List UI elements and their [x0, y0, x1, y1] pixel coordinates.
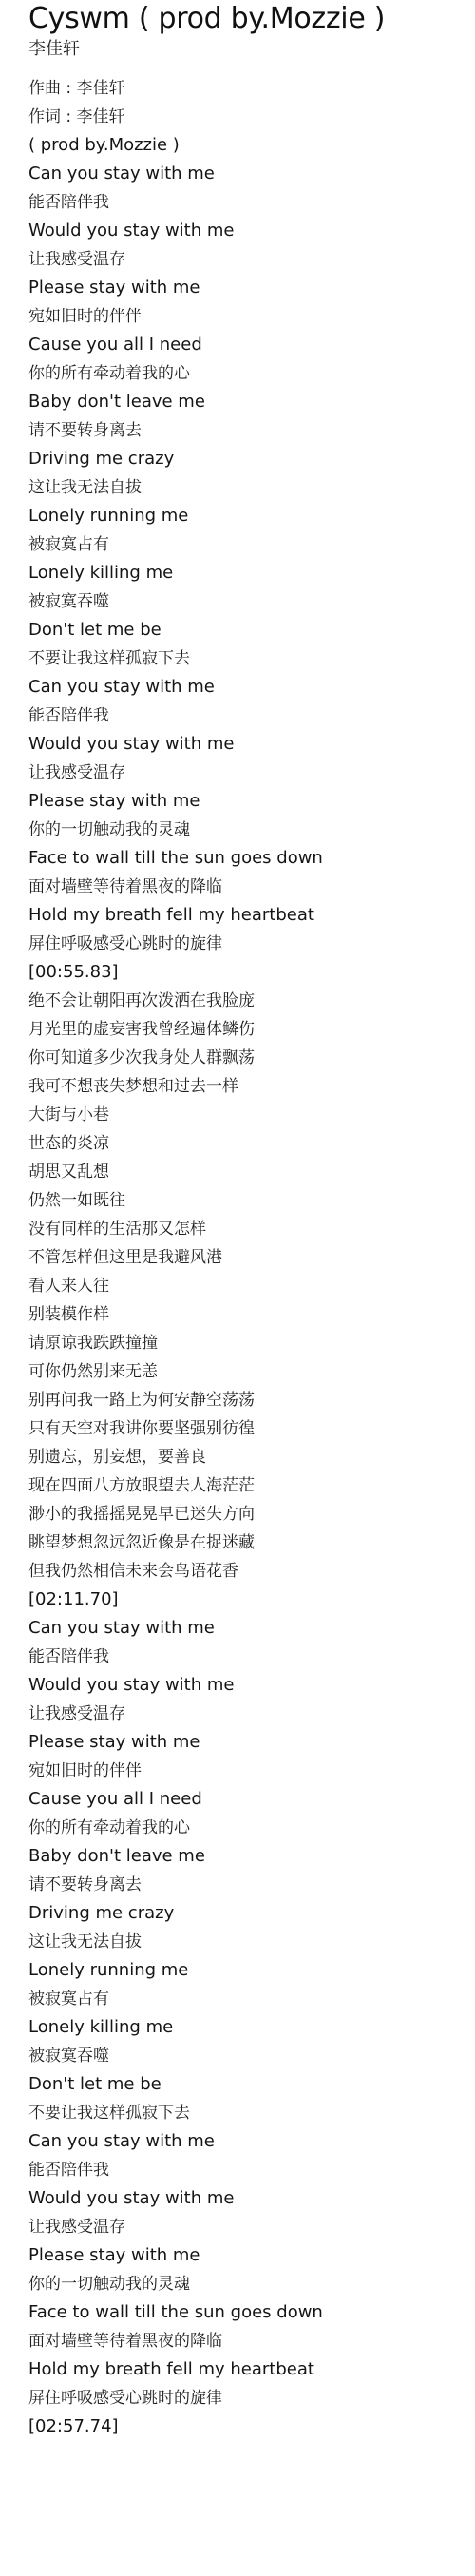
- lyric-line: 但我仍然相信未来会鸟语花香: [28, 1557, 323, 1586]
- lyrics-list: 作曲 : 李佳轩 作词 : 李佳轩 ( prod by.Mozzie )Can …: [28, 74, 323, 2441]
- lyric-line: 宛如旧时的伴伴: [28, 302, 323, 331]
- lyric-line: Hold my breath fell my heartbeat: [28, 901, 323, 930]
- lyric-line: 你的所有牵动着我的心: [28, 359, 323, 388]
- lyric-line: 仍然一如既往: [28, 1186, 323, 1215]
- lyric-line: Please stay with me: [28, 2241, 323, 2270]
- lyric-line: Can you stay with me: [28, 1614, 323, 1643]
- timestamp-line: [00:55.83]: [28, 958, 323, 987]
- lyric-line: Please stay with me: [28, 1728, 323, 1757]
- lyric-line: Would you stay with me: [28, 1671, 323, 1700]
- lyric-line: 别装模作样: [28, 1300, 323, 1329]
- lyric-line: Please stay with me: [28, 274, 323, 302]
- lyric-line: 被寂寞吞噬: [28, 587, 323, 616]
- lyric-line: Lonely killing me: [28, 2013, 323, 2042]
- lyric-line: Cause you all I need: [28, 331, 323, 359]
- lyric-line: Don't let me be: [28, 616, 323, 644]
- lyric-line: Would you stay with me: [28, 2184, 323, 2213]
- lyric-line: 你的一切触动我的灵魂: [28, 816, 323, 844]
- lyric-line: 只有天空对我讲你要坚强别彷徨: [28, 1414, 323, 1443]
- lyric-line: 作词 : 李佳轩: [28, 103, 323, 131]
- lyric-line: Don't let me be: [28, 2070, 323, 2099]
- lyric-line: Please stay with me: [28, 787, 323, 816]
- lyric-line: 能否陪伴我: [28, 2156, 323, 2184]
- lyric-line: 我可不想丧失梦想和过去一样: [28, 1072, 323, 1101]
- lyric-line: Driving me crazy: [28, 445, 323, 473]
- lyric-line: Face to wall till the sun goes down: [28, 2298, 323, 2327]
- lyric-line: 请不要转身离去: [28, 416, 323, 445]
- lyric-line: Can you stay with me: [28, 2127, 323, 2156]
- lyric-line: Driving me crazy: [28, 1899, 323, 1928]
- lyric-line: 作曲 : 李佳轩: [28, 74, 323, 103]
- lyric-line: 被寂寞占有: [28, 530, 323, 559]
- lyric-line: Face to wall till the sun goes down: [28, 844, 323, 873]
- lyric-line: 月光里的虚妄害我曾经遍体鳞伤: [28, 1015, 323, 1044]
- timestamp-line: [02:11.70]: [28, 1586, 323, 1614]
- lyric-line: Lonely killing me: [28, 559, 323, 587]
- lyric-line: 宛如旧时的伴伴: [28, 1757, 323, 1785]
- lyric-line: 看人来人往: [28, 1272, 323, 1300]
- lyric-line: 别再问我一路上为何安静空荡荡: [28, 1386, 323, 1414]
- lyric-line: Baby don't leave me: [28, 388, 323, 416]
- lyric-line: 面对墙壁等待着黑夜的降临: [28, 873, 323, 901]
- lyric-line: Can you stay with me: [28, 160, 323, 188]
- lyric-line: Would you stay with me: [28, 730, 323, 759]
- lyric-line: 眺望梦想忽远忽近像是在捉迷藏: [28, 1528, 323, 1557]
- lyric-line: ( prod by.Mozzie ): [28, 131, 323, 160]
- lyric-line: Would you stay with me: [28, 217, 323, 245]
- lyric-line: 让我感受温存: [28, 759, 323, 787]
- lyric-line: 屏住呼吸感受心跳时的旋律: [28, 2384, 323, 2413]
- lyric-line: 这让我无法自拔: [28, 1928, 323, 1956]
- lyric-line: 面对墙壁等待着黑夜的降临: [28, 2327, 323, 2355]
- lyric-line: 没有同样的生活那又怎样: [28, 1215, 323, 1243]
- lyric-line: 渺小的我摇摇晃晃早已迷失方向: [28, 1500, 323, 1528]
- lyric-line: 现在四面八方放眼望去人海茫茫: [28, 1471, 323, 1500]
- lyric-line: Cause you all I need: [28, 1785, 323, 1814]
- lyric-line: 这让我无法自拔: [28, 473, 323, 502]
- timestamp-line: [02:57.74]: [28, 2413, 323, 2441]
- lyric-line: 不要让我这样孤寂下去: [28, 2099, 323, 2127]
- song-title: Cyswm ( prod by.Mozzie ): [28, 0, 385, 38]
- lyric-line: 能否陪伴我: [28, 188, 323, 217]
- lyric-line: 不要让我这样孤寂下去: [28, 644, 323, 673]
- lyric-line: 能否陪伴我: [28, 1643, 323, 1671]
- lyric-line: 别遗忘，别妄想，要善良: [28, 1443, 323, 1471]
- lyric-line: 世态的炎凉: [28, 1129, 323, 1158]
- lyric-line: 能否陪伴我: [28, 702, 323, 730]
- lyric-line: 被寂寞占有: [28, 1985, 323, 2013]
- lyric-line: Hold my breath fell my heartbeat: [28, 2355, 323, 2384]
- lyric-line: 不管怎样但这里是我避风港: [28, 1243, 323, 1272]
- lyric-line: 绝不会让朝阳再次泼洒在我脸庞: [28, 987, 323, 1015]
- lyric-line: 请不要转身离去: [28, 1871, 323, 1899]
- lyric-line: 让我感受温存: [28, 2213, 323, 2241]
- lyric-line: Can you stay with me: [28, 673, 323, 702]
- lyric-line: 被寂寞吞噬: [28, 2042, 323, 2070]
- lyric-line: 请原谅我跌跌撞撞: [28, 1329, 323, 1357]
- lyric-line: 你可知道多少次我身处人群飘荡: [28, 1044, 323, 1072]
- lyric-line: 大街与小巷: [28, 1101, 323, 1129]
- lyric-line: 让我感受温存: [28, 1700, 323, 1728]
- lyric-line: Lonely running me: [28, 502, 323, 530]
- artist-name: 李佳轩: [28, 36, 80, 63]
- lyric-line: 让我感受温存: [28, 245, 323, 274]
- lyric-line: 你的所有牵动着我的心: [28, 1814, 323, 1842]
- lyric-line: 屏住呼吸感受心跳时的旋律: [28, 930, 323, 958]
- lyric-line: 胡思又乱想: [28, 1158, 323, 1186]
- lyric-line: 你的一切触动我的灵魂: [28, 2270, 323, 2298]
- lyric-line: Baby don't leave me: [28, 1842, 323, 1871]
- lyric-line: 可你仍然别来无恙: [28, 1357, 323, 1386]
- lyric-line: Lonely running me: [28, 1956, 323, 1985]
